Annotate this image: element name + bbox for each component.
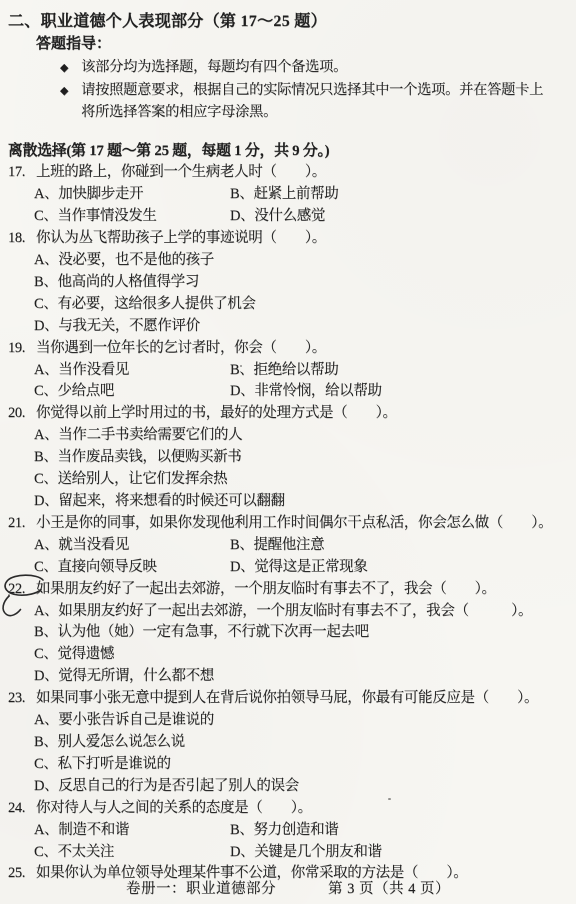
question-text: 你对待人与人之间的关系的态度是（ ）。 bbox=[36, 800, 312, 816]
diamond-bullet-icon: ◆ bbox=[60, 57, 68, 80]
options: A、要小张告诉自己是谁说的 B、别人爱怎么说怎么说 C、私下打听是谁说的 D、反… bbox=[8, 710, 568, 798]
question-17-option-c: C、当作事情没发生 bbox=[34, 206, 230, 228]
diamond-bullet-icon: ◆ bbox=[60, 80, 68, 103]
question-17-option-a: A、加快脚步走开 bbox=[34, 184, 230, 206]
question-22-option-b: B、认为他（她）一定有急事，不行就下次再一起去吧 bbox=[34, 622, 568, 644]
question-24: 24.你对待人与人之间的关系的态度是（ ）。 A、制造不和谐 B、努力创造和谐 … bbox=[8, 798, 568, 864]
question-text: 你觉得以前上学时用过的书，最好的处理方式是（ ）。 bbox=[36, 405, 397, 421]
question-text: 小王是你的同事，如果你发现他利用工作时间偶尔干点私活，你会怎么做（ ）。 bbox=[36, 515, 552, 531]
question-21-option-b: B、提醒他注意 bbox=[230, 535, 568, 557]
question-stem: 23.如果同事小张无意中提到人在背后说你拍领导马屁，你最有可能反应是（ ）。 bbox=[8, 688, 568, 710]
question-text: 当你遇到一位年长的乞讨者时，你会（ ）。 bbox=[36, 340, 326, 356]
question-number: 19. bbox=[8, 338, 36, 360]
scan-speck bbox=[240, 365, 242, 367]
question-17-option-b: B、赶紧上前帮助 bbox=[230, 184, 568, 206]
scan-speck bbox=[388, 798, 391, 800]
guide-bullet-1: ◆ 该部分均为选择题，每题均有四个备选项。 bbox=[60, 56, 550, 79]
question-18-option-d: D、与我无关，不愿作评价 bbox=[34, 316, 568, 338]
question-19-option-d: D、非常怜悯，给以帮助 bbox=[230, 381, 568, 403]
guide-bullet-2: ◆ 请按照题意要求，根据自己的实际情况只选择其中一个选项。并在答题卡上将所选择答… bbox=[60, 79, 550, 124]
question-23-option-d: D、反思自己的行为是否引起了别人的误会 bbox=[34, 776, 568, 798]
section-title: 二、职业道德个人表现部分（第 17～25 题） bbox=[8, 10, 568, 33]
guide-bullet-text: 该部分均为选择题，每题均有四个备选项。 bbox=[81, 56, 347, 79]
question-21-option-d: D、觉得这是正常现象 bbox=[230, 557, 568, 579]
question-stem: 18.你认为丛飞帮助孩子上学的事迹说明（ ）。 bbox=[8, 228, 568, 250]
question-18: 18.你认为丛飞帮助孩子上学的事迹说明（ ）。 A、没必要，也不是他的孩子 B、… bbox=[8, 228, 568, 338]
question-stem: 17.上班的路上，你碰到一个生病老人时（ ）。 bbox=[8, 162, 568, 184]
question-23-option-a: A、要小张告诉自己是谁说的 bbox=[34, 710, 568, 732]
question-19: 19.当你遇到一位年长的乞讨者时，你会（ ）。 A、当作没看见 B、拒绝给以帮助… bbox=[8, 338, 568, 404]
question-21-option-a: A、就当没看见 bbox=[34, 535, 230, 557]
question-number: 22. bbox=[8, 579, 36, 601]
question-19-option-b: B、拒绝给以帮助 bbox=[230, 360, 568, 382]
question-19-option-c: C、少给点吧 bbox=[34, 381, 230, 403]
guide-bullet-text: 请按照题意要求，根据自己的实际情况只选择其中一个选项。并在答题卡上将所选择答案的… bbox=[81, 79, 550, 124]
question-18-option-a: A、没必要，也不是他的孩子 bbox=[34, 250, 568, 272]
question-24-option-c: C、不太关注 bbox=[34, 842, 230, 864]
page-footer: 卷册一：职业道德部分 第 3 页（共 4 页） bbox=[0, 879, 576, 900]
scan-speck bbox=[304, 212, 307, 214]
options: A、加快脚步走开 B、赶紧上前帮助 C、当作事情没发生 D、没什么感觉 bbox=[8, 184, 568, 228]
scan-speck bbox=[8, 594, 10, 597]
question-number: 17. bbox=[8, 162, 36, 184]
question-23-option-c: C、私下打听是谁说的 bbox=[34, 754, 568, 776]
options: A、制造不和谐 B、努力创造和谐 C、不太关注 D、关键是几个朋友和谐 bbox=[8, 820, 568, 864]
question-17: 17.上班的路上，你碰到一个生病老人时（ ）。 A、加快脚步走开 B、赶紧上前帮… bbox=[8, 162, 568, 228]
question-stem: 22.如果朋友约好了一起出去郊游，一个朋友临时有事去不了，我会（ ）。 bbox=[8, 579, 568, 601]
options: A、没必要，也不是他的孩子 B、他高尚的人格值得学习 C、有必要，这给很多人提供… bbox=[8, 250, 568, 338]
question-24-option-d: D、关键是几个朋友和谐 bbox=[230, 842, 568, 864]
question-number: 23. bbox=[8, 688, 36, 710]
question-19-option-a: A、当作没看见 bbox=[34, 360, 230, 382]
options: A、如果朋友约好了一起出去郊游，一个朋友临时有事去不了，我会（ ）。 B、认为他… bbox=[8, 601, 568, 689]
question-number: 21. bbox=[8, 513, 36, 535]
question-20-option-c: C、送给别人，让它们发挥余热 bbox=[34, 469, 568, 491]
question-text: 如果同事小张无意中提到人在背后说你拍领导马屁，你最有可能反应是（ ）。 bbox=[36, 690, 538, 706]
question-stem: 19.当你遇到一位年长的乞讨者时，你会（ ）。 bbox=[8, 338, 568, 360]
question-number: 20. bbox=[8, 403, 36, 425]
question-22-option-d: D、觉得无所谓，什么都不想 bbox=[34, 666, 568, 688]
question-24-option-b: B、努力创造和谐 bbox=[230, 820, 568, 842]
options: A、当作二手书卖给需要它们的人 B、当作废品卖钱，以便购买新书 C、送给别人，让… bbox=[8, 425, 568, 513]
question-20-option-a: A、当作二手书卖给需要它们的人 bbox=[34, 425, 568, 447]
question-21-option-c: C、直接向领导反映 bbox=[34, 557, 230, 579]
question-20-option-b: B、当作废品卖钱，以便购买新书 bbox=[34, 447, 568, 469]
question-stem: 21.小王是你的同事，如果你发现他利用工作时间偶尔干点私活，你会怎么做（ ）。 bbox=[8, 513, 568, 535]
question-18-option-b: B、他高尚的人格值得学习 bbox=[34, 272, 568, 294]
question-20: 20.你觉得以前上学时用过的书，最好的处理方式是（ ）。 A、当作二手书卖给需要… bbox=[8, 403, 568, 513]
question-stem: 20.你觉得以前上学时用过的书，最好的处理方式是（ ）。 bbox=[8, 403, 568, 425]
question-number: 18. bbox=[8, 228, 36, 250]
question-text: 如果朋友约好了一起出去郊游，一个朋友临时有事去不了，我会（ ）。 bbox=[36, 581, 496, 597]
question-22-option-a: A、如果朋友约好了一起出去郊游，一个朋友临时有事去不了，我会（ ）。 bbox=[34, 601, 568, 623]
question-23: 23.如果同事小张无意中提到人在背后说你拍领导马屁，你最有可能反应是（ ）。 A… bbox=[8, 688, 568, 798]
question-stem: 24.你对待人与人之间的关系的态度是（ ）。 bbox=[8, 798, 568, 820]
options: A、就当没看见 B、提醒他注意 C、直接向领导反映 D、觉得这是正常现象 bbox=[8, 535, 568, 579]
part-header: 离散选择(第 17 题～第 25 题，每题 1 分，共 9 分。) bbox=[8, 141, 568, 163]
footer-page-number: 第 3 页（共 4 页） bbox=[328, 879, 450, 900]
question-23-option-b: B、别人爱怎么说怎么说 bbox=[34, 732, 568, 754]
question-text: 你认为丛飞帮助孩子上学的事迹说明（ ）。 bbox=[36, 230, 326, 246]
question-20-option-d: D、留起来，将来想看的时候还可以翻翻 bbox=[34, 491, 568, 513]
question-text: 上班的路上，你碰到一个生病老人时（ ）。 bbox=[36, 164, 326, 180]
scanned-exam-page: 二、职业道德个人表现部分（第 17～25 题） 答题指导： ◆ 该部分均为选择题… bbox=[0, 0, 576, 904]
question-21: 21.小王是你的同事，如果你发现他利用工作时间偶尔干点私活，你会怎么做（ ）。 … bbox=[8, 513, 568, 579]
answer-guide-title: 答题指导： bbox=[36, 33, 568, 56]
question-18-option-c: C、有必要，这给很多人提供了机会 bbox=[34, 294, 568, 316]
footer-volume-label: 卷册一：职业道德部分 bbox=[126, 879, 276, 900]
question-24-option-a: A、制造不和谐 bbox=[34, 820, 230, 842]
question-22: 22.如果朋友约好了一起出去郊游，一个朋友临时有事去不了，我会（ ）。 A、如果… bbox=[8, 579, 568, 689]
options: A、当作没看见 B、拒绝给以帮助 C、少给点吧 D、非常怜悯，给以帮助 bbox=[8, 360, 568, 404]
question-22-option-c: C、觉得遗憾 bbox=[34, 644, 568, 666]
question-number: 24. bbox=[8, 798, 36, 820]
question-17-option-d: D、没什么感觉 bbox=[230, 206, 568, 228]
